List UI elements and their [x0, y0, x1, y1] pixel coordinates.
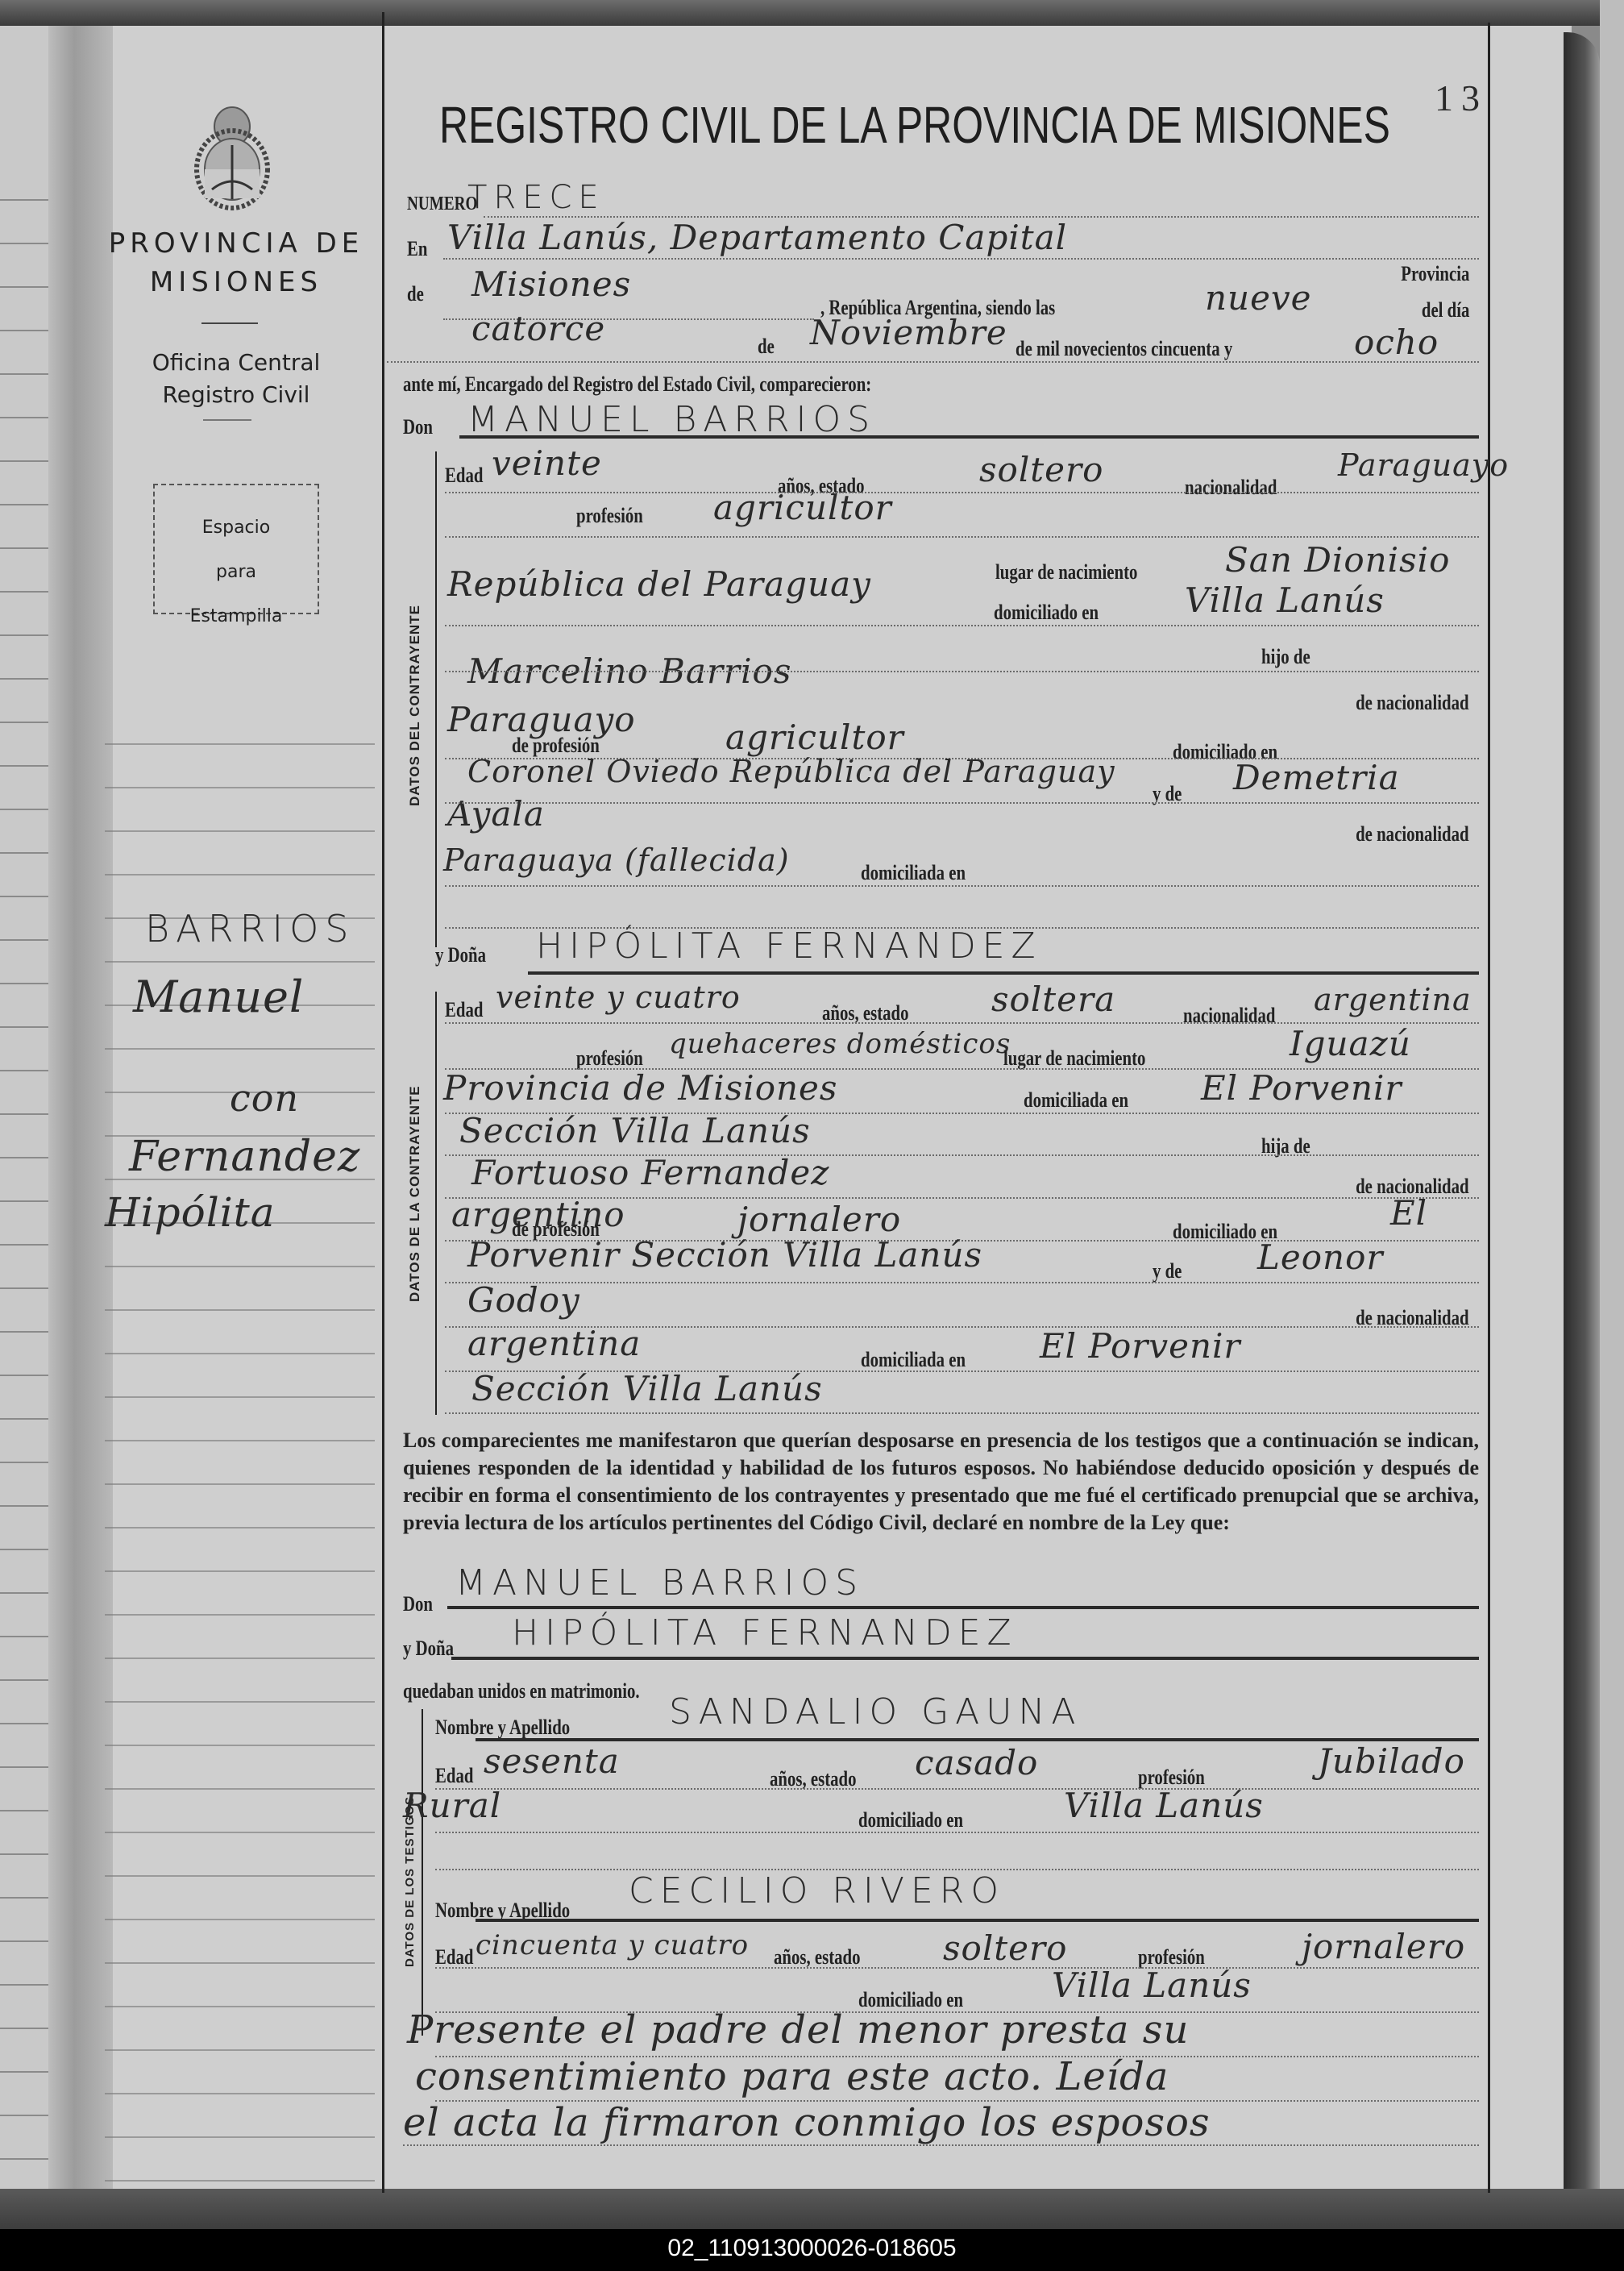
form-line	[445, 671, 1479, 672]
bride-father: Fortuoso Fernandez	[471, 1153, 829, 1192]
page-number: 13	[1435, 77, 1488, 119]
book-gutter	[48, 10, 113, 2211]
form-line	[443, 258, 1479, 260]
witness-1-profession-cont: Rural	[403, 1786, 501, 1825]
dona-label: y Doña	[403, 1637, 454, 1661]
form-line	[435, 1967, 1479, 1969]
index-spouse-surname: Fernandez	[129, 1133, 360, 1181]
witness-1-profession: Jubilado	[1318, 1741, 1465, 1781]
bride-age: veinte y cuatro	[496, 980, 741, 1015]
stamp-box-line: Espacio	[155, 518, 318, 538]
edad-label: Edad	[435, 1945, 473, 1969]
declaration-closing: quedaban unidos en matrimonio.	[403, 1679, 640, 1703]
nacionalidad-label: nacionalidad	[1183, 1004, 1275, 1028]
declaration-paragraph: Los comparecientes me manifestaron que q…	[403, 1427, 1479, 1537]
domicilio-label: domiciliado en	[994, 601, 1099, 625]
witness-2-residence: Villa Lanús	[1052, 1965, 1252, 2005]
groom-birthplace-2: República del Paraguay	[447, 564, 871, 604]
bride-mother-surname: Godoy	[467, 1280, 580, 1320]
groom-age: veinte	[492, 443, 602, 483]
groom-side-label: DATOS DEL CONTRAYENTE	[407, 605, 423, 806]
note-line: Presente el padre del menor presta su	[407, 2007, 1189, 2053]
bride-mother-nationality: argentina	[467, 1324, 641, 1363]
y-de-label: y de	[1153, 1259, 1182, 1283]
lugar-label: lugar de nacimiento	[995, 560, 1137, 584]
name-rule	[476, 1919, 1479, 1922]
form-line	[435, 1788, 1479, 1790]
witness-2-profession: jornalero	[1302, 1927, 1465, 1966]
anio-value: ocho	[1354, 322, 1439, 362]
domiciliada-label: domiciliada en	[1024, 1088, 1128, 1113]
groom-mother-nationality: Paraguaya (fallecida)	[443, 842, 790, 878]
bride-mother-name: Leonor	[1257, 1237, 1383, 1277]
bride-residence-2: Sección Villa Lanús	[459, 1111, 811, 1150]
divider	[203, 419, 251, 421]
groom-status: soltero	[979, 450, 1103, 489]
de-nacionalidad-label: de nacionalidad	[1356, 691, 1469, 715]
name-rule	[451, 1657, 1479, 1660]
groom-mother-name: Demetria	[1233, 758, 1400, 797]
bride-residence-1: El Porvenir	[1201, 1068, 1402, 1108]
groom-name: MANUEL BARRIOS	[467, 399, 876, 440]
dia-value: catorce	[471, 309, 605, 348]
form-line	[387, 361, 1479, 363]
index-spouse-given: Hipólita	[105, 1189, 276, 1236]
book-cover-edge	[1564, 32, 1600, 2209]
de-nacionalidad-label: de nacionalidad	[1356, 822, 1469, 846]
bride-mother-residence-2: Sección Villa Lanús	[471, 1369, 823, 1408]
form-line	[445, 625, 1479, 626]
section-bracket	[435, 992, 437, 1415]
ante-text: ante mí, Encargado del Registro del Esta…	[403, 372, 871, 397]
groom-nationality: Paraguayo	[1338, 447, 1509, 483]
bride-side-label: DATOS DE LA CONTRAYENTE	[407, 1085, 423, 1302]
image-id-caption: 02_110913000026-018605	[0, 2235, 1624, 2262]
groom-birthplace-1: San Dionisio	[1225, 540, 1450, 580]
provincia-label: Provincia	[1401, 262, 1469, 286]
bride-father-residence-1: El	[1390, 1193, 1427, 1233]
previous-page-lines	[0, 157, 48, 2173]
mes-value: Noviembre	[810, 313, 1007, 352]
bride-mother-residence-1: El Porvenir	[1040, 1326, 1241, 1366]
bride-birthplace-1: Iguazú	[1290, 1024, 1411, 1063]
index-given-name: Manuel	[133, 971, 304, 1022]
form-line	[445, 802, 1479, 804]
form-line	[445, 492, 1479, 493]
witness-1-status: casado	[915, 1743, 1038, 1782]
groom-father-residence: Coronel Oviedo República del Paraguay	[467, 754, 1115, 789]
profesion-label: profesión	[576, 504, 643, 528]
numero-value: TRECE	[467, 179, 605, 216]
stamp-box-line: Estampilla	[155, 606, 318, 626]
section-bracket	[422, 1709, 423, 2036]
form-line	[445, 1412, 1479, 1414]
nacionalidad-label: nacionalidad	[1185, 476, 1277, 500]
bride-status: soltera	[991, 980, 1115, 1019]
background	[1600, 0, 1624, 2225]
bottom-shadow	[0, 2189, 1624, 2233]
name-rule	[528, 971, 1479, 975]
index-surname: BARRIOS	[145, 907, 355, 950]
province-heading: PROVINCIA DE MISIONES	[95, 227, 377, 298]
form-line	[435, 1832, 1479, 1833]
de-mes-label: de	[758, 335, 775, 359]
page-title: REGISTRO CIVIL DE LA PROVINCIA DE MISION…	[439, 95, 1390, 155]
profesion-label: profesión	[576, 1046, 643, 1071]
anos-estado-label: años, estado	[774, 1945, 860, 1969]
domiciliada-label: domiciliada en	[861, 1348, 966, 1372]
province-line-1: PROVINCIA DE	[95, 227, 377, 260]
nombre-label: Nombre y Apellido	[435, 1716, 570, 1740]
stamp-box: Espacio para Estampilla	[153, 484, 319, 614]
margin-rule	[382, 12, 384, 2193]
form-line	[445, 536, 1479, 538]
office-line-2: Registro Civil	[95, 379, 377, 411]
note-line: el acta la firmaron conmigo los esposos	[403, 2100, 1211, 2145]
witness-2-name: CECILIO RIVERO	[629, 1870, 1005, 1911]
bride-profession: quehaceres domésticos	[669, 1028, 1011, 1060]
office-line-1: Oficina Central	[95, 347, 377, 379]
provincia-value: Misiones	[471, 264, 631, 304]
witness-1-residence: Villa Lanús	[1064, 1786, 1264, 1825]
lugar-label: lugar de nacimiento	[1003, 1046, 1145, 1071]
form-line	[445, 1282, 1479, 1283]
hijo-label: hijo de	[1261, 645, 1310, 669]
don-label: Don	[403, 415, 433, 439]
bride-name-declared: HIPÓLITA FERNANDEZ	[512, 1612, 1018, 1653]
don-label: Don	[403, 1592, 433, 1616]
edad-label: Edad	[435, 1764, 473, 1788]
groom-residence: Villa Lanús	[1185, 580, 1385, 620]
del-dia-label: del día	[1421, 298, 1469, 322]
bride-father-residence-2: Porvenir Sección Villa Lanús	[467, 1235, 982, 1275]
groom-profession: agricultor	[713, 488, 892, 527]
groom-name-declared: MANUEL BARRIOS	[455, 1562, 864, 1603]
dona-label: y Doña	[435, 943, 486, 967]
top-shadow	[0, 0, 1624, 26]
bride-birthplace-2: Provincia de Misiones	[443, 1068, 837, 1108]
divider	[201, 322, 258, 324]
note-line: consentimiento para este acto. Leída	[415, 2054, 1169, 2099]
name-rule	[447, 1606, 1479, 1609]
anio-text: de mil novecientos cincuenta y	[1016, 337, 1232, 361]
groom-mother-surname: Ayala	[447, 794, 545, 834]
index-con: con	[230, 1076, 299, 1120]
domiciliado-label: domiciliado en	[858, 1808, 963, 1832]
coat-of-arms-icon	[192, 101, 272, 214]
hora-value: nueve	[1205, 278, 1312, 318]
office-heading: Oficina Central Registro Civil	[95, 347, 377, 411]
form-line	[403, 2144, 1479, 2146]
groom-father-profession: agricultor	[725, 717, 904, 757]
section-bracket	[435, 451, 437, 947]
witness-1-age: sesenta	[484, 1741, 620, 1781]
en-value: Villa Lanús, Departamento Capital	[447, 218, 1067, 257]
bride-nationality: argentina	[1314, 982, 1472, 1017]
de-label: de	[407, 282, 424, 306]
edad-label: Edad	[445, 998, 483, 1022]
en-label: En	[407, 237, 427, 261]
form-line	[445, 885, 1479, 887]
edad-label: Edad	[445, 464, 483, 488]
name-rule	[459, 435, 1479, 439]
bride-father-profession: jornalero	[737, 1200, 901, 1239]
witness-2-age: cincuenta y cuatro	[476, 1929, 749, 1961]
witness-2-status: soltero	[943, 1928, 1067, 1968]
bride-name: HIPÓLITA FERNANDEZ	[536, 925, 1042, 967]
stamp-box-line: para	[155, 562, 318, 582]
province-line-2: MISIONES	[95, 266, 377, 298]
domiciliada-label: domiciliada en	[861, 861, 966, 885]
witness-1-name: SANDALIO GAUNA	[669, 1691, 1082, 1732]
right-margin-rule	[1488, 23, 1490, 2193]
